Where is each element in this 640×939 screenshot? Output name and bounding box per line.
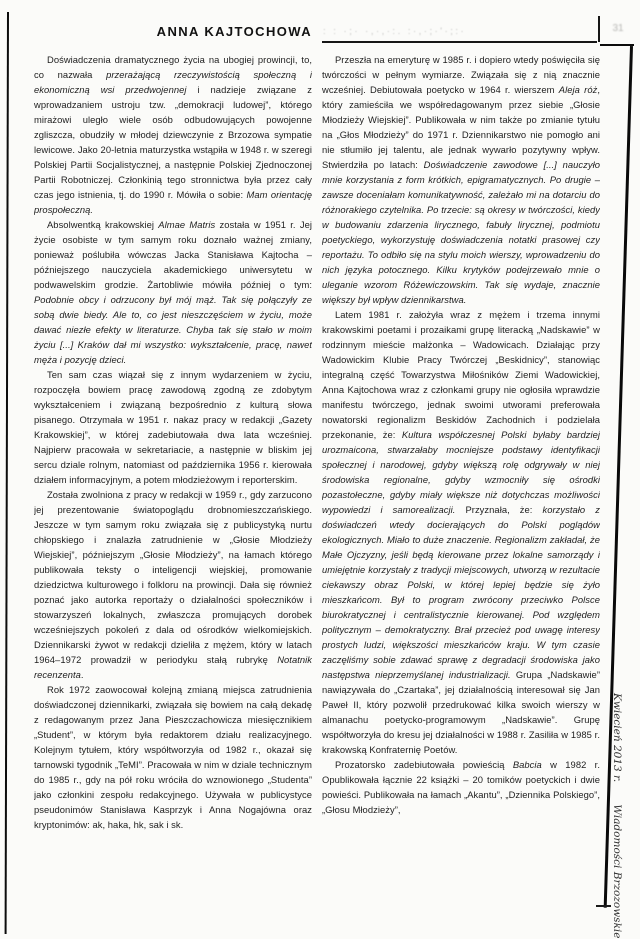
- right-text-column: Przeszła na emeryturę w 1985 r. i dopier…: [322, 52, 600, 930]
- page-left-border-line: [5, 12, 9, 934]
- paragraph: Rok 1972 zaowocował kolejną zmianą miejs…: [34, 682, 312, 832]
- article-title: ANNA KAJTOCHOWA: [35, 24, 312, 39]
- paragraph: Została zwolniona z pracy w redakcji w 1…: [34, 487, 312, 682]
- text-segment: Przyznała, że:: [455, 504, 542, 515]
- left-text-column: Doświadczenia dramatycznego życia na ubo…: [34, 52, 312, 930]
- faded-running-header: : : ·;· ·,·,·:. :·,·;·'·;:·: [323, 26, 591, 37]
- running-header-rule: [322, 41, 597, 43]
- margin-annotation-date: Kwiecień 2013 r.: [611, 693, 623, 782]
- margin-annotation-source: Wiadomości Brzozowskie: [611, 804, 623, 938]
- text-segment: Latem 1981 r. założyła wraz z mężem i tr…: [322, 309, 600, 440]
- paragraph: Prozatorsko zadebiutowała powieścią Babc…: [322, 757, 600, 817]
- text-segment: Została zwolniona z pracy w redakcji w 1…: [34, 489, 312, 665]
- paragraph: Latem 1981 r. założyła wraz z mężem i tr…: [322, 307, 600, 757]
- italic-text-segment: Almae Matris: [158, 219, 215, 230]
- text-segment: Rok 1972 zaowocował kolejną zmianą miejs…: [34, 684, 312, 830]
- text-segment: i nadzieje związane z wprowadzaniem ustr…: [34, 84, 312, 200]
- paragraph: Ten sam czas wiązał się z innym wydarzen…: [34, 367, 312, 487]
- italic-text-segment: Doświadczenie zawodowe [...] nauczyło mn…: [322, 159, 600, 305]
- text-segment: Absolwentką krakowskiej: [47, 219, 158, 230]
- scanned-book-page: ANNA KAJTOCHOWA : : ·;· ·,·,·:. :·,·;·'·…: [0, 0, 640, 939]
- italic-text-segment: Aleja róż: [559, 84, 598, 95]
- text-segment: , który zamieściła we współredagowanym p…: [322, 84, 600, 170]
- text-segment: Prozatorsko zadebiutowała powieścią: [335, 759, 513, 770]
- italic-text-segment: Babcia: [513, 759, 542, 770]
- italic-text-segment: korzystało z doświadczeń wtedy docierają…: [322, 504, 600, 680]
- margin-annotation: Kwiecień 2013 r.Wiadomości Brzozowskie: [608, 693, 623, 911]
- text-segment: Ten sam czas wiązał się z innym wydarzen…: [34, 369, 312, 485]
- italic-text-segment: Podobnie obcy i odrzucony był mój mąż. T…: [34, 294, 312, 365]
- header-separator-line: [598, 16, 600, 42]
- paragraph: Doświadczenia dramatycznego życia na ubo…: [34, 52, 312, 217]
- text-segment: Grupa „Nadskawie” nawiązywała do „Czarta…: [322, 669, 600, 755]
- paragraph: Absolwentką krakowskiej Almae Matris zos…: [34, 217, 312, 367]
- italic-text-segment: Kultura współczesnej Polski byłaby bardz…: [322, 429, 600, 515]
- text-segment: .: [81, 669, 84, 680]
- paragraph: Przeszła na emeryturę w 1985 r. i dopier…: [322, 52, 600, 307]
- page-number: 31: [603, 23, 633, 34]
- page-number-rule: [600, 44, 634, 46]
